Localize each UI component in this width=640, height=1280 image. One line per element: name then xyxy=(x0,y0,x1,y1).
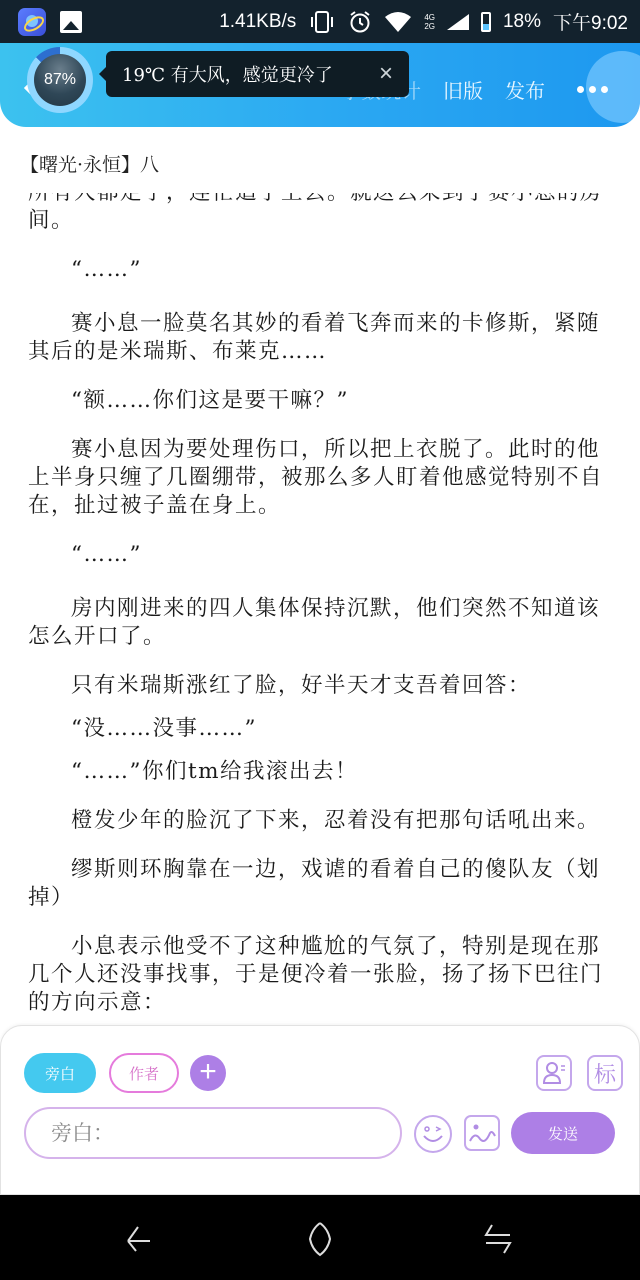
paragraph: 缪斯则环胸靠在一边，戏谑的看着自己的傻队友（划掉） xyxy=(28,856,612,912)
paragraph: “……”你们tm给我滚出去！ xyxy=(28,758,612,786)
paragraph: “额……你们这是要干嘛？” xyxy=(28,387,612,415)
paragraph: “……” xyxy=(28,541,612,569)
role-chip-author[interactable]: 作者 xyxy=(109,1053,179,1093)
add-role-button[interactable]: + xyxy=(190,1055,226,1091)
network-type: 4G 2G xyxy=(424,13,435,31)
app-notification-icon xyxy=(18,8,46,36)
nav-home-icon[interactable] xyxy=(298,1217,342,1261)
alarm-icon xyxy=(348,10,372,34)
wink-emoji-icon xyxy=(416,1117,450,1151)
more-icon[interactable] xyxy=(577,86,608,93)
chapter-title: 【曙光·永恒】八 xyxy=(20,150,159,177)
paragraph: 所有人都走了，连忙追了上去。就这么来到了赛小息的房间。 xyxy=(28,193,612,235)
paragraph: 赛小息因为要处理伤口，所以把上衣脱了。此时的他上半身只缠了几圈绷带，被那么多人盯… xyxy=(28,436,612,520)
publish-link[interactable]: 发布 xyxy=(505,75,545,104)
paragraph: “……” xyxy=(28,256,612,284)
paragraph: 房内刚进来的四人集体保持沉默，他们突然不知道该怎么开口了。 xyxy=(28,595,612,651)
nav-recent-icon[interactable] xyxy=(476,1217,520,1261)
paragraph: 小息表示他受不了这种尴尬的气氛了，特别是现在那几个人还没事找事，于是便冷着一张脸… xyxy=(28,933,612,1017)
close-icon[interactable]: × xyxy=(379,60,393,88)
gallery-notification-icon xyxy=(60,11,82,33)
paragraph: 橙发少年的脸沉了下来，忍着没有把那句话吼出来。 xyxy=(28,807,612,835)
wifi-icon xyxy=(384,11,412,33)
send-button[interactable]: 发送 xyxy=(511,1112,615,1154)
chapter-content[interactable]: 所有人都走了，连忙追了上去。就这么来到了赛小息的房间。 “……” 赛小息一脸莫名… xyxy=(28,193,612,1023)
compose-panel: 旁白 作者 + 标 发送 xyxy=(0,1025,640,1195)
weather-text: 19℃ 有大风，感觉更冷了 xyxy=(122,61,333,87)
paragraph: “没……没事……” xyxy=(28,715,612,743)
weather-tooltip: 19℃ 有大风，感觉更冷了 × xyxy=(106,51,409,97)
mark-button[interactable]: 标 xyxy=(587,1055,623,1091)
role-chip-narrator[interactable]: 旁白 xyxy=(24,1053,96,1093)
paragraph: 赛小息一脸莫名其妙的看着飞奔而来的卡修斯，紧随其后的是米瑞斯、布莱克…… xyxy=(28,310,612,366)
progress-value: 87% xyxy=(34,54,86,106)
vibrate-icon xyxy=(308,11,336,33)
image-button[interactable] xyxy=(464,1115,500,1151)
status-bar: 1.41KB/s 4G 2G 18% 下午9:02 xyxy=(0,0,640,43)
nav-back-icon[interactable] xyxy=(120,1217,164,1261)
old-version-link[interactable]: 旧版 xyxy=(443,75,483,104)
person-icon xyxy=(541,1060,567,1086)
signal-icon xyxy=(447,14,469,30)
system-nav-bar xyxy=(0,1195,640,1280)
progress-ring[interactable]: 87% xyxy=(27,47,93,113)
paragraph: 只有米瑞斯涨红了脸，好半天才支吾着回答： xyxy=(28,672,612,700)
net-speed: 1.41KB/s xyxy=(219,11,296,33)
character-button[interactable] xyxy=(536,1055,572,1091)
battery-icon xyxy=(481,12,491,32)
clock: 下午9:02 xyxy=(553,8,628,35)
battery-percent: 18% xyxy=(503,11,541,33)
image-icon xyxy=(466,1117,498,1149)
message-input[interactable] xyxy=(24,1107,402,1159)
emoji-button[interactable] xyxy=(414,1115,452,1153)
